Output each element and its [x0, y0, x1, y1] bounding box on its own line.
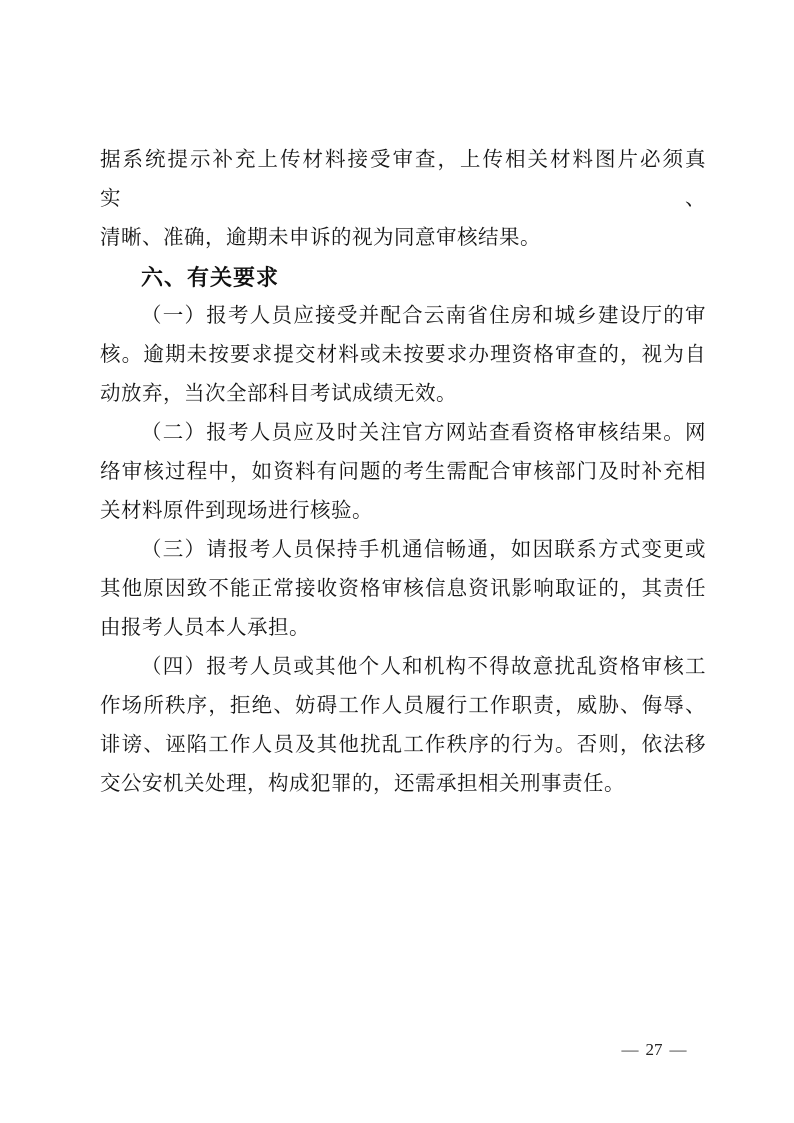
paragraph-line: 清晰、准确，逾期未申诉的视为同意审核结果。 — [100, 219, 706, 258]
paragraph-line: 关材料原件到现场进行核验。 — [100, 492, 706, 531]
section-heading: 六、有关要求 — [100, 258, 706, 297]
paragraph-line: （二）报考人员应及时关注官方网站查看资格审核结果。网 — [100, 414, 706, 453]
paragraph-line: 络审核过程中，如资料有问题的考生需配合审核部门及时补充相 — [100, 453, 706, 492]
paragraph-line: 其他原因致不能正常接收资格审核信息资讯影响取证的，其责任 — [100, 570, 706, 609]
paragraph-line: （一）报考人员应接受并配合云南省住房和城乡建设厅的审 — [100, 297, 706, 336]
paragraph-line: 作场所秩序，拒绝、妨碍工作人员履行工作职责，威胁、侮辱、 — [100, 687, 706, 726]
footer-dash-right: — — [670, 1039, 687, 1061]
paragraph-line: 据系统提示补充上传材料接受审查，上传相关材料图片必须真实、 — [100, 141, 706, 219]
footer-dash-left: — — [622, 1039, 639, 1061]
paragraph-line: 核。逾期未按要求提交材料或未按要求办理资格审查的，视为自 — [100, 336, 706, 375]
paragraph-line: 由报考人员本人承担。 — [100, 609, 706, 648]
page-number: 27 — [646, 1039, 663, 1061]
document-body: 据系统提示补充上传材料接受审查，上传相关材料图片必须真实、 清晰、准确，逾期未申… — [100, 141, 706, 804]
paragraph-line: 动放弃，当次全部科目考试成绩无效。 — [100, 375, 706, 414]
paragraph-line: （四）报考人员或其他个人和机构不得故意扰乱资格审核工 — [100, 648, 706, 687]
document-page: 据系统提示补充上传材料接受审查，上传相关材料图片必须真实、 清晰、准确，逾期未申… — [0, 0, 794, 1123]
paragraph-line: 交公安机关处理，构成犯罪的，还需承担相关刑事责任。 — [100, 765, 706, 804]
paragraph-line: 诽谤、诬陷工作人员及其他扰乱工作秩序的行为。否则，依法移 — [100, 726, 706, 765]
paragraph-line: （三）请报考人员保持手机通信畅通，如因联系方式变更或 — [100, 531, 706, 570]
page-footer: —27— — [606, 1039, 702, 1061]
